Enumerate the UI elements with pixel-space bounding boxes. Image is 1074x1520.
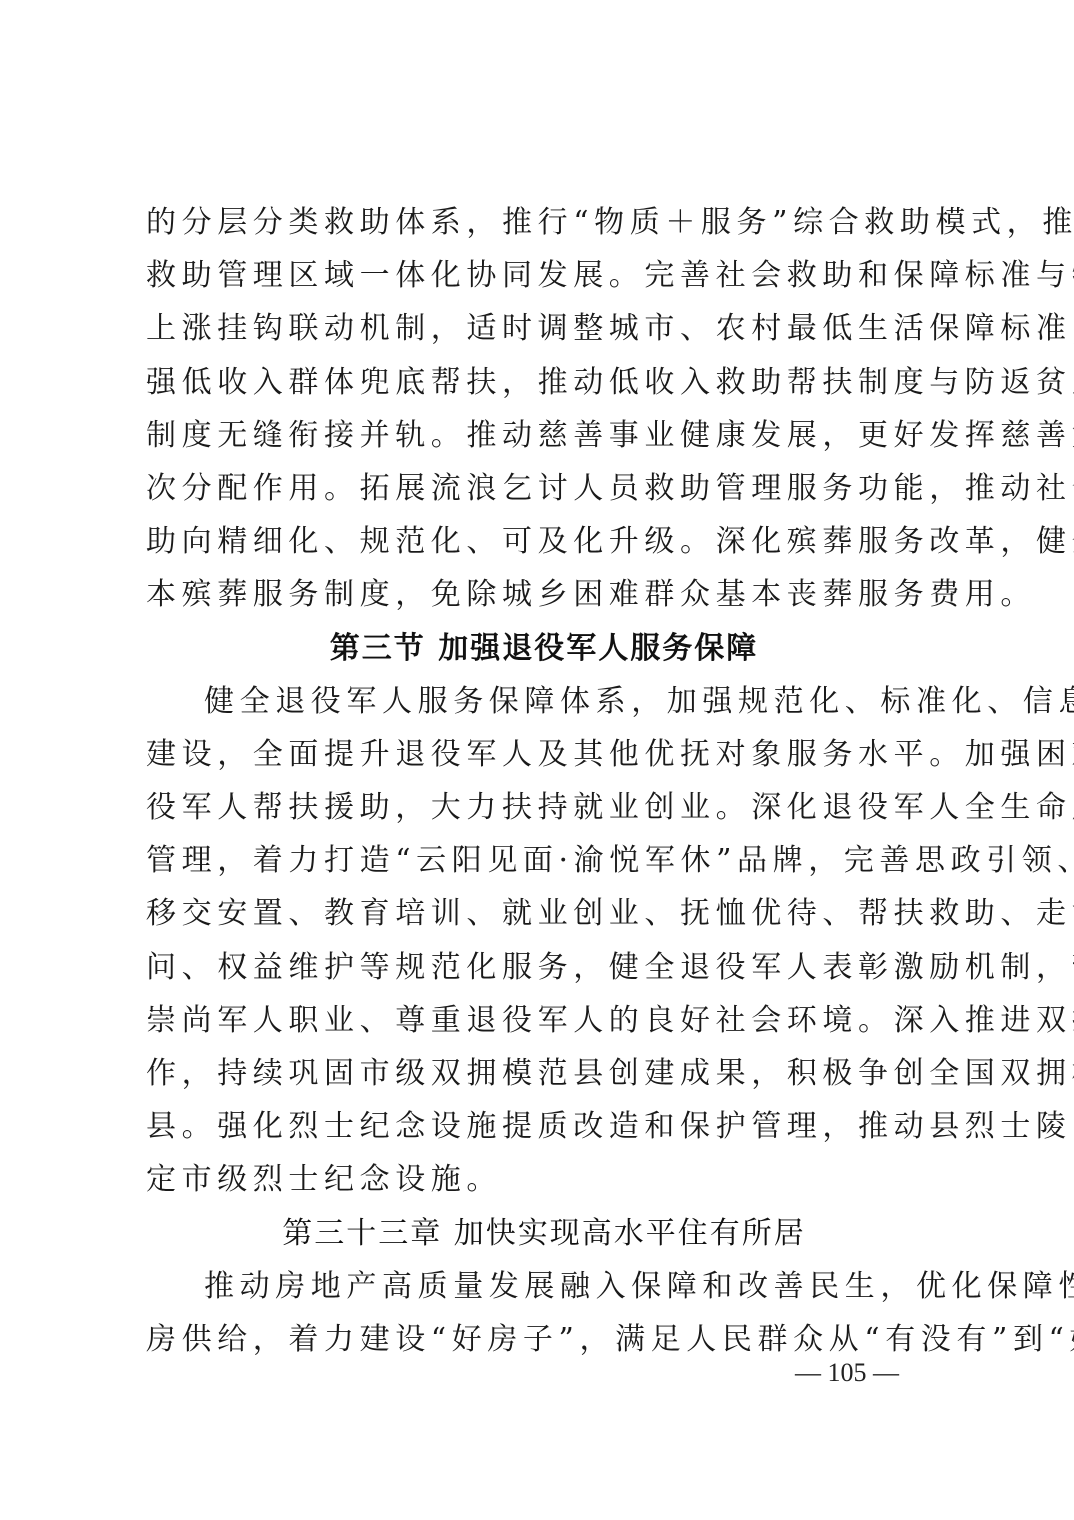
text-line: 管理，着力打造“云阳见面·渝悦军休”品牌，完善思政引领、 [146, 834, 942, 887]
paragraph-veterans-service: 健全退役军人服务保障体系，加强规范化、标准化、信息化 建设，全面提升退役军人及其… [146, 675, 942, 1207]
text-line: 建设，全面提升退役军人及其他优抚对象服务水平。加强困难退 [146, 728, 942, 781]
text-line: 移交安置、教育培训、就业创业、抚恤优待、帮扶救助、走访慰 [146, 887, 942, 940]
text-line: 崇尚军人职业、尊重退役军人的良好社会环境。深入推进双拥工 [146, 994, 942, 1047]
text-line: 制度无缝衔接并轨。推动慈善事业健康发展，更好发挥慈善第三 [146, 409, 942, 462]
section-heading: 第三节 加强退役军人服务保障 [146, 622, 942, 675]
text-line: 上涨挂钩联动机制，适时调整城市、农村最低生活保障标准，加 [146, 302, 942, 355]
text-line: 健全退役军人服务保障体系，加强规范化、标准化、信息化 [146, 675, 942, 728]
chapter-heading: 第三十三章 加快实现高水平住有所居 [146, 1207, 942, 1260]
text-line: 役军人帮扶援助，大力扶持就业创业。深化退役军人全生命周期 [146, 781, 942, 834]
text-line: 助向精细化、规范化、可及化升级。深化殡葬服务改革，健全基 [146, 515, 942, 568]
text-line: 的分层分类救助体系，推行“物质＋服务”综合救助模式，推进 [146, 196, 942, 249]
text-line: 次分配作用。拓展流浪乞讨人员救助管理服务功能，推动社会救 [146, 462, 942, 515]
text-line: 本殡葬服务制度，免除城乡困难群众基本丧葬服务费用。 [146, 568, 942, 621]
page-number: — 105 — [795, 1358, 899, 1388]
paragraph-social-assistance: 的分层分类救助体系，推行“物质＋服务”综合救助模式，推进 救助管理区域一体化协同… [146, 196, 942, 622]
paragraph-housing: 推动房地产高质量发展融入保障和改善民生，优化保障性住 房供给，着力建设“好房子”… [146, 1260, 942, 1366]
text-line: 定市级烈士纪念设施。 [146, 1153, 942, 1206]
text-line: 推动房地产高质量发展融入保障和改善民生，优化保障性住 [146, 1260, 942, 1313]
text-line: 作，持续巩固市级双拥模范县创建成果，积极争创全国双拥模范 [146, 1047, 942, 1100]
text-line: 强低收入群体兜底帮扶，推动低收入救助帮扶制度与防返贫监测 [146, 356, 942, 409]
text-line: 救助管理区域一体化协同发展。完善社会救助和保障标准与物价 [146, 249, 942, 302]
text-line: 县。强化烈士纪念设施提质改造和保护管理，推动县烈士陵园评 [146, 1100, 942, 1153]
page-body: 的分层分类救助体系，推行“物质＋服务”综合救助模式，推进 救助管理区域一体化协同… [146, 196, 942, 1366]
document-page: 的分层分类救助体系，推行“物质＋服务”综合救助模式，推进 救助管理区域一体化协同… [0, 0, 1074, 1520]
text-line: 问、权益维护等规范化服务，健全退役军人表彰激励机制，营造 [146, 941, 942, 994]
